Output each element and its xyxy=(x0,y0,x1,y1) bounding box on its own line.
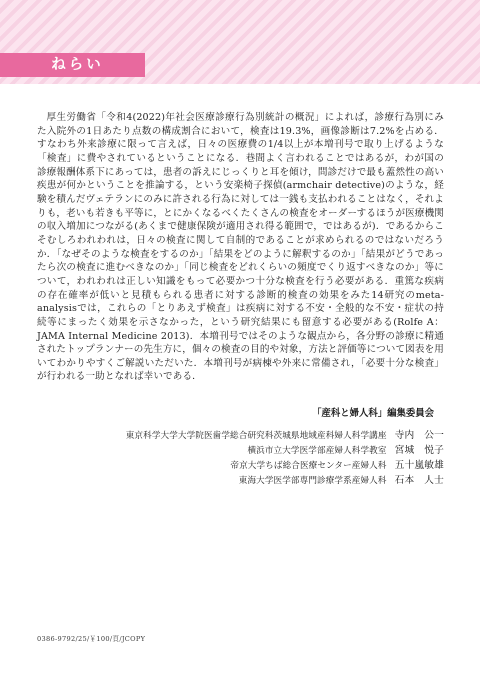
member-name: 石本 人士 xyxy=(395,472,444,486)
nerai-banner: ねらい xyxy=(0,53,145,77)
committee-member-row: 東京科学大学大学院医歯学総合研究科茨城県地域産科婦人科学講座 寺内 公一 xyxy=(37,427,444,442)
member-name: 五十嵐敏雄 xyxy=(395,457,444,471)
member-affiliation: 帝京大学ちば総合医療センター産婦人科 xyxy=(230,459,386,471)
editorial-content: 厚生労働省「令和4(2022)年社会医療診療行為別統計の概況」によれば，診療行為… xyxy=(37,111,444,487)
committee-member-row: 東海大学医学部専門診療学系産婦人科 石本 人士 xyxy=(37,472,444,487)
member-name: 寺内 公一 xyxy=(395,427,444,441)
member-affiliation: 東海大学医学部専門診療学系産婦人科 xyxy=(239,474,387,486)
committee-member-row: 帝京大学ちば総合医療センター産婦人科 五十嵐敏雄 xyxy=(37,457,444,472)
member-affiliation: 横浜市立大学医学部産婦人科学教室 xyxy=(247,444,386,456)
issn-copyright-code: 0386-9792/25/￥100/頁/JCOPY xyxy=(37,633,145,643)
editorial-committee-block: 「産科と婦人科」編集委員会 東京科学大学大学院医歯学総合研究科茨城県地域産科婦人… xyxy=(37,405,444,487)
editorial-paragraph: 厚生労働省「令和4(2022)年社会医療診療行為別統計の概況」によれば，診療行為… xyxy=(37,111,444,384)
page-title: ねらい xyxy=(41,58,104,73)
member-affiliation: 東京科学大学大学院医歯学総合研究科茨城県地域産科婦人科学講座 xyxy=(126,429,387,441)
committee-title: 「産科と婦人科」編集委員会 xyxy=(37,405,444,419)
member-name: 宮城 悦子 xyxy=(395,442,444,456)
committee-member-row: 横浜市立大学医学部産婦人科学教室 宮城 悦子 xyxy=(37,442,444,457)
